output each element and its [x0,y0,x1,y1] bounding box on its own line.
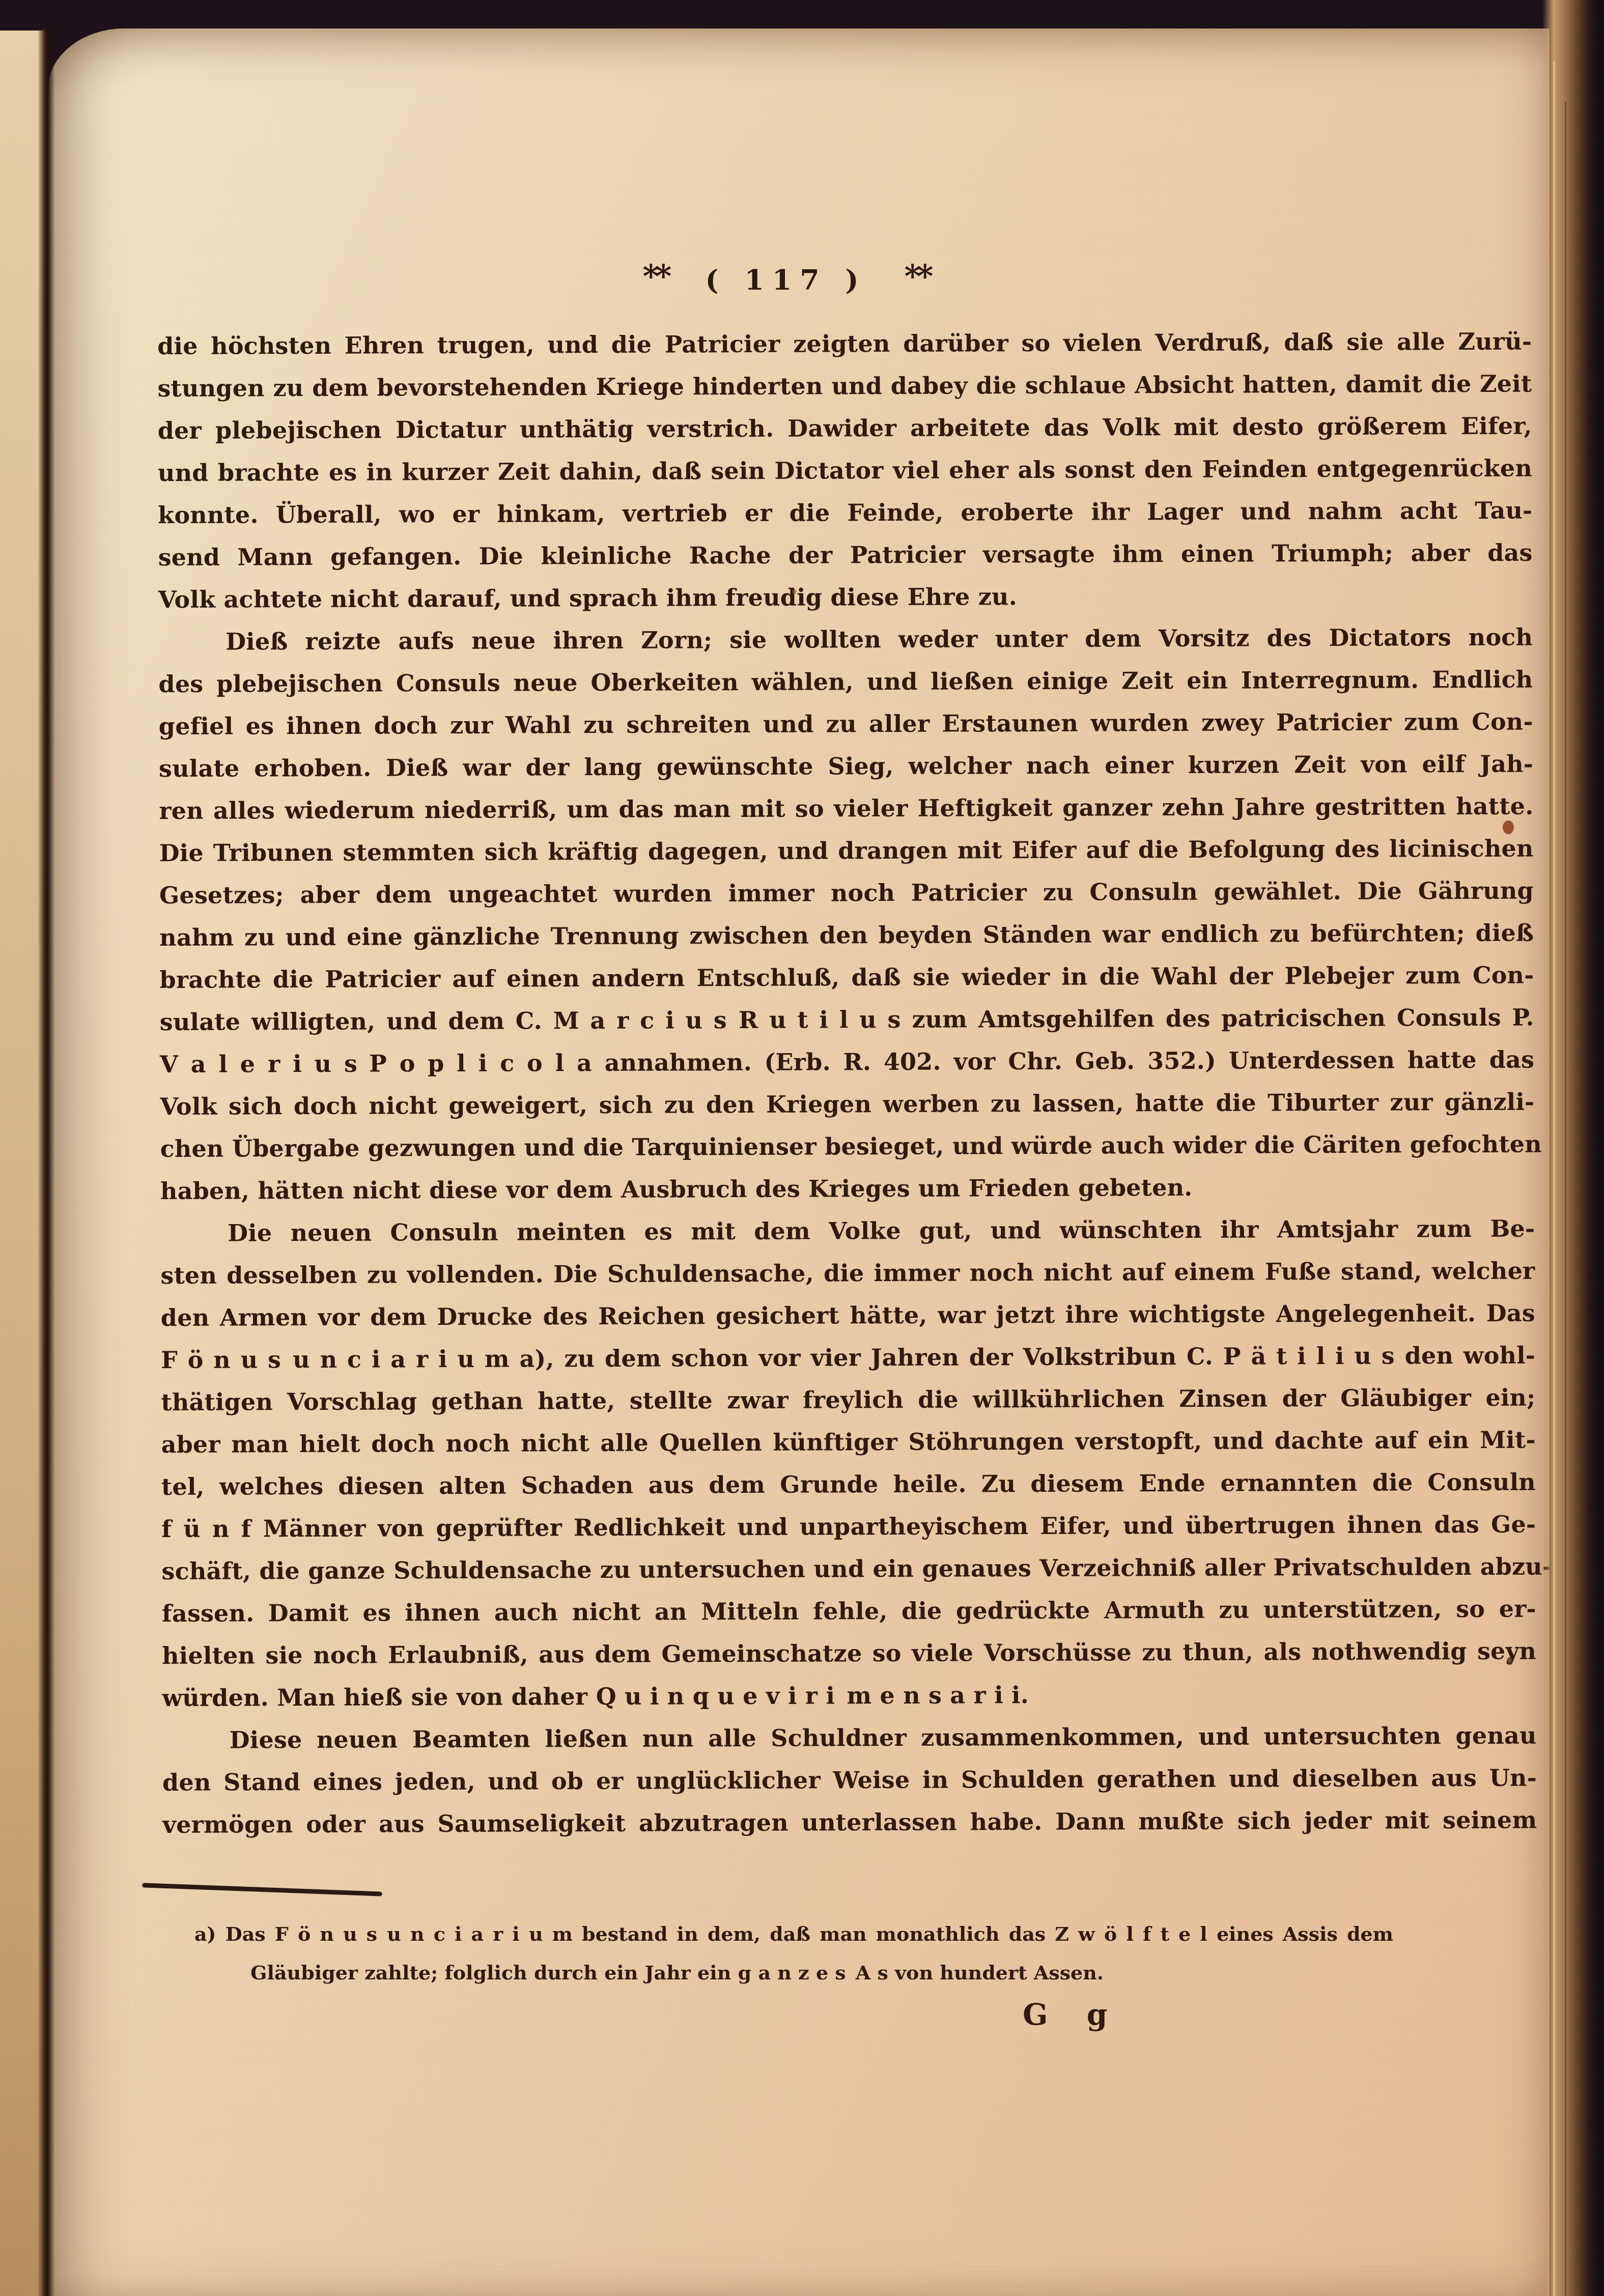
text-line: Volk achtete nicht darauf, und sprach ih… [158,574,1533,621]
page-edge-shadow [1565,102,1566,2296]
text-line: Gesetzes; aber dem ungeachtet wurden imm… [159,870,1534,917]
footnote-line: a) Das F ö n u s u n c i a r i u m besta… [194,1915,1393,1953]
text-line: die höchsten Ehren trugen, und die Patri… [157,321,1532,367]
text-line: Diese neuen Beamten ließen nun alle Schu… [162,1715,1537,1762]
text-line: send Mann gefangen. Die kleinliche Rache… [158,532,1532,579]
text-line: fassen. Damit es ihnen auch nicht an Mit… [162,1588,1536,1635]
text-line: sten desselben zu vollenden. Die Schulde… [160,1250,1535,1297]
page-header: ** ( 117 ) ** [201,264,1371,295]
text-line: Die Tribunen stemmten sich kräftig dageg… [159,828,1533,874]
text-line: gefiel es ihnen doch zur Wahl zu schreit… [159,701,1533,748]
asterisk-ornament-right-icon: ** [905,261,930,292]
footnote-line: Gläubiger zahlte; folglich durch ein Jah… [194,1953,1393,1992]
asterisk-ornament-left-icon: ** [643,261,668,292]
text-line: Dieß reizte aufs neue ihren Zorn; sie wo… [158,616,1533,663]
text-line: ren alles wiederum niederriß, um das man… [159,785,1533,832]
text-line: des plebejischen Consuls neue Oberkeiten… [158,659,1533,705]
text-line: F ö n u s u n c i a r i u m a), zu dem s… [161,1335,1535,1381]
binding-gutter-shadow [38,29,55,2296]
text-line: den Armen vor dem Drucke des Reichen ges… [161,1292,1535,1339]
text-line: V a l e r i u s P o p l i c o l a annahm… [160,1039,1534,1086]
paper-stain [1507,1657,1513,1665]
page: ** ( 117 ) ** die höchsten Ehren trugen,… [48,29,1550,2296]
text-line: tel, welches diesen alten Schaden aus de… [161,1461,1536,1508]
text-line: thätigen Vorschlag gethan hatte, stellte… [161,1377,1535,1424]
page-edge-highlight [1553,61,1555,2296]
paper-stain [1503,820,1514,834]
text-line: nahm zu und eine gänzliche Trennung zwis… [159,912,1534,959]
text-line: hielten sie noch Erlaubniß, aus dem Geme… [162,1630,1536,1677]
signature-mark: G g [1023,1997,1121,2032]
text-line: Volk sich doch nicht geweigert, sich zu … [160,1081,1534,1128]
paper-stain [792,589,797,594]
text-line: der plebejischen Dictatur unthätig verst… [158,405,1532,452]
text-line: sulate erhoben. Dieß war der lang gewüns… [159,743,1533,790]
text-line: konnte. Überall, wo er hinkam, vertrieb … [158,490,1532,536]
text-line: aber man hielt doch noch nicht alle Quel… [161,1419,1536,1466]
footnote-separator-rule [142,1883,382,1896]
text-line: Die neuen Consuln meinten es mit dem Vol… [160,1208,1535,1255]
text-line: chen Übergabe gezwungen und die Tarquini… [160,1123,1535,1170]
text-line: brachte die Patricier auf einen andern E… [159,954,1534,1001]
text-line: vermögen oder aus Saumseligkeit abzutrag… [162,1799,1537,1846]
text-line: f ü n f Männer von geprüfter Redlichkeit… [161,1504,1536,1550]
body-text: die höchsten Ehren trugen, und die Patri… [157,321,1537,1846]
book-scan: ** ( 117 ) ** die höchsten Ehren trugen,… [0,0,1604,2296]
text-line: stungen zu dem bevorstehenden Kriege hin… [157,363,1532,410]
text-line: würden. Man hieß sie von daher Q u i n q… [162,1673,1536,1719]
text-line: sulate willigten, und dem C. M a r c i u… [160,997,1534,1043]
page-edges-right [1542,0,1604,2296]
text-line: den Stand eines jeden, und ob er unglück… [162,1757,1537,1804]
text-line: haben, hätten nicht diese vor dem Ausbru… [160,1166,1535,1212]
text-line: und brachte es in kurzer Zeit dahin, daß… [158,447,1532,494]
page-number: ( 117 ) [705,266,866,294]
footnote: a) Das F ö n u s u n c i a r i u m besta… [194,1915,1393,1992]
text-line: schäft, die ganze Schuldensache zu unter… [161,1546,1536,1593]
